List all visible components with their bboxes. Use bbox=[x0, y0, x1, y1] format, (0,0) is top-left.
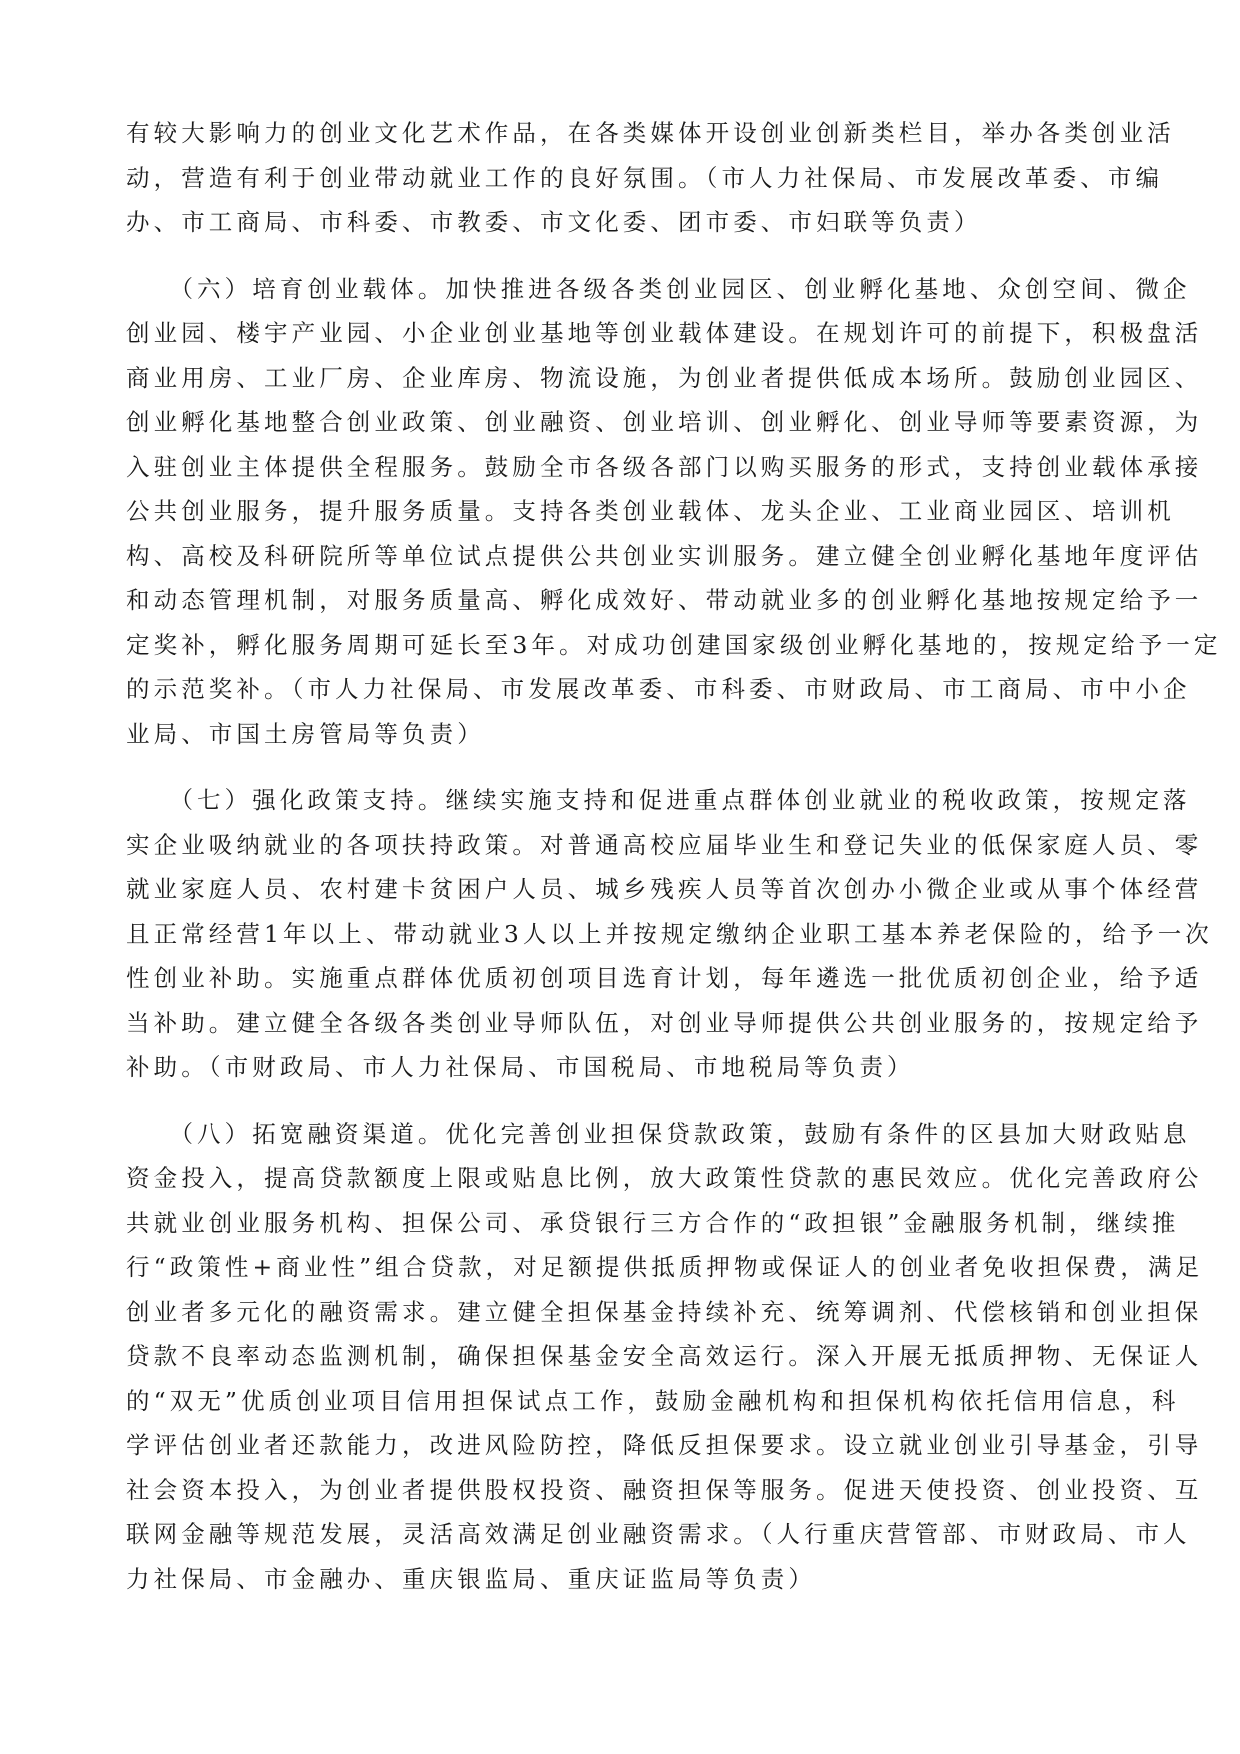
paragraph-5-continued: 有较大影响力的创业文化艺术作品，在各类媒体开设创业创新类栏目，举办各类创业活 动… bbox=[126, 111, 1076, 245]
text-line: 创业园、楼宇产业园、小企业创业基地等创业载体建设。在规划许可的前提下，积极盘活 bbox=[126, 311, 1076, 356]
paragraph-7-policy-support: （七）强化政策支持。继续实施支持和促进重点群体创业就业的税收政策，按规定落 实企… bbox=[126, 778, 1076, 1090]
text-line: （八）拓宽融资渠道。优化完善创业担保贷款政策，鼓励有条件的区县加大财政贴息 bbox=[126, 1112, 1076, 1157]
text-line: 构、高校及科研院所等单位试点提供公共创业实训服务。建立健全创业孵化基地年度评估 bbox=[126, 534, 1076, 579]
text-line: 和动态管理机制，对服务质量高、孵化成效好、带动就业多的创业孵化基地按规定给予一 bbox=[126, 578, 1076, 623]
text-line: 就业家庭人员、农村建卡贫困户人员、城乡残疾人员等首次创办小微企业或从事个体经营 bbox=[126, 867, 1076, 912]
text-line: 公共创业服务，提升服务质量。支持各类创业载体、龙头企业、工业商业园区、培训机 bbox=[126, 489, 1076, 534]
text-line: 联网金融等规范发展，灵活高效满足创业融资需求。（人行重庆营管部、市财政局、市人 bbox=[126, 1512, 1076, 1557]
text-line: （六）培育创业载体。加快推进各级各类创业园区、创业孵化基地、众创空间、微企 bbox=[126, 267, 1076, 312]
text-line: 且正常经营1年以上、带动就业3人以上并按规定缴纳企业职工基本养老保险的，给予一次 bbox=[126, 912, 1076, 957]
text-line: 学评估创业者还款能力，改进风险防控，降低反担保要求。设立就业创业引导基金，引导 bbox=[126, 1423, 1076, 1468]
text-line: 定奖补，孵化服务周期可延长至3年。对成功创建国家级创业孵化基地的，按规定给予一定 bbox=[126, 623, 1076, 668]
text-line: 动，营造有利于创业带动就业工作的良好氛围。（市人力社保局、市发展改革委、市编 bbox=[126, 156, 1076, 201]
text-line: 资金投入，提高贷款额度上限或贴息比例，放大政策性贷款的惠民效应。优化完善政府公 bbox=[126, 1156, 1076, 1201]
text-line: 商业用房、工业厂房、企业库房、物流设施，为创业者提供低成本场所。鼓励创业园区、 bbox=[126, 356, 1076, 401]
text-line: 性创业补助。实施重点群体优质初创项目选育计划，每年遴选一批优质初创企业，给予适 bbox=[126, 956, 1076, 1001]
text-line: 共就业创业服务机构、担保公司、承贷银行三方合作的“政担银”金融服务机制，继续推 bbox=[126, 1201, 1076, 1246]
text-line: 入驻创业主体提供全程服务。鼓励全市各级各部门以购买服务的形式，支持创业载体承接 bbox=[126, 445, 1076, 490]
text-line: 创业孵化基地整合创业政策、创业融资、创业培训、创业孵化、创业导师等要素资源，为 bbox=[126, 400, 1076, 445]
text-line: 创业者多元化的融资需求。建立健全担保基金持续补充、统筹调剂、代偿核销和创业担保 bbox=[126, 1290, 1076, 1335]
text-line: 补助。（市财政局、市人力社保局、市国税局、市地税局等负责） bbox=[126, 1045, 1076, 1090]
paragraph-6-cultivate-carriers: （六）培育创业载体。加快推进各级各类创业园区、创业孵化基地、众创空间、微企 创业… bbox=[126, 267, 1076, 757]
text-line: 的示范奖补。（市人力社保局、市发展改革委、市科委、市财政局、市工商局、市中小企 bbox=[126, 667, 1076, 712]
text-line: 业局、市国土房管局等负责） bbox=[126, 712, 1076, 757]
text-line: 的“双无”优质创业项目信用担保试点工作，鼓励金融机构和担保机构依托信用信息，科 bbox=[126, 1379, 1076, 1424]
text-line: 社会资本投入，为创业者提供股权投资、融资担保等服务。促进天使投资、创业投资、互 bbox=[126, 1468, 1076, 1513]
paragraph-8-financing-channels: （八）拓宽融资渠道。优化完善创业担保贷款政策，鼓励有条件的区县加大财政贴息 资金… bbox=[126, 1112, 1076, 1602]
document-page: 有较大影响力的创业文化艺术作品，在各类媒体开设创业创新类栏目，举办各类创业活 动… bbox=[126, 111, 1076, 1623]
text-line: （七）强化政策支持。继续实施支持和促进重点群体创业就业的税收政策，按规定落 bbox=[126, 778, 1076, 823]
text-line: 力社保局、市金融办、重庆银监局、重庆证监局等负责） bbox=[126, 1557, 1076, 1602]
text-line: 实企业吸纳就业的各项扶持政策。对普通高校应届毕业生和登记失业的低保家庭人员、零 bbox=[126, 823, 1076, 868]
text-line: 贷款不良率动态监测机制，确保担保基金安全高效运行。深入开展无抵质押物、无保证人 bbox=[126, 1334, 1076, 1379]
text-line: 有较大影响力的创业文化艺术作品，在各类媒体开设创业创新类栏目，举办各类创业活 bbox=[126, 111, 1076, 156]
text-line: 当补助。建立健全各级各类创业导师队伍，对创业导师提供公共创业服务的，按规定给予 bbox=[126, 1001, 1076, 1046]
text-line: 办、市工商局、市科委、市教委、市文化委、团市委、市妇联等负责） bbox=[126, 200, 1076, 245]
text-line: 行“政策性+商业性”组合贷款，对足额提供抵质押物或保证人的创业者免收担保费，满足 bbox=[126, 1245, 1076, 1290]
